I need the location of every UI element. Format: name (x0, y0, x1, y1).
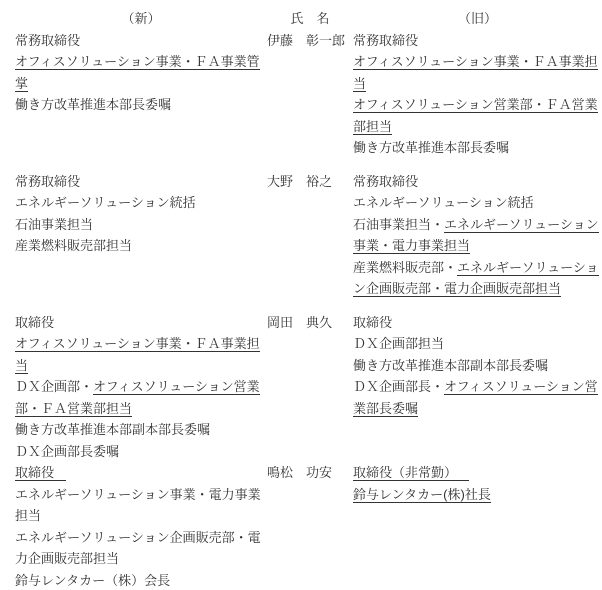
position-text: ＤＸ企画部長・ (353, 379, 444, 394)
position-line: オフィスソリューション事業・ＦＡ事業担当 (15, 333, 267, 376)
officer-name: 岡田 典久 (267, 315, 332, 330)
old-position-cell: 常務取締役オフィスソリューション事業・ＦＡ事業担当オフィスソリューション営業部・… (353, 30, 602, 159)
position-line: オフィスソリューション事業・ＦＡ事業担当 (353, 51, 602, 94)
position-text: 働き方改革推進本部長委嘱 (353, 140, 509, 155)
officer-name: 伊藤 彰一郎 (267, 33, 345, 48)
position-line: 鈴与レンタカー(株)社長 (353, 484, 602, 506)
position-line: 常務取締役 (353, 171, 602, 193)
position-line: ＤＸ企画部長委嘱 (15, 441, 267, 463)
old-position-cell: 取締役ＤＸ企画部担当働き方改革推進本部副本部長委嘱ＤＸ企画部長・オフィスソリュー… (353, 312, 602, 463)
position-text: 取締役 (15, 315, 54, 330)
position-text: 石油事業担当・ (353, 217, 444, 232)
position-text: 常務取締役 (353, 174, 418, 189)
position-line: エネルギーソリューション統括 (15, 192, 267, 214)
column-headers: （新） 氏 名 （旧） (15, 8, 600, 30)
position-text: オフィスソリューション事業・ＦＡ事業担当 (15, 336, 260, 374)
position-line: 取締役 (15, 312, 267, 334)
appointment-row: 取締役エネルギーソリューション事業・電力事業担当エネルギーソリューション企画販売… (15, 462, 600, 590)
position-text: エネルギーソリューション事業・電力事業担当 (15, 487, 261, 524)
old-position-cell: 取締役（非常勤）鈴与レンタカー(株)社長 (353, 462, 602, 590)
position-line: 取締役（非常勤） (353, 462, 602, 484)
position-text: 働き方改革推進本部長委嘱 (15, 97, 171, 112)
position-line: 働き方改革推進本部長委嘱 (353, 137, 602, 159)
position-line: エネルギーソリューション企画販売部・電力企画販売部担当 (15, 527, 267, 570)
new-position-cell: 常務取締役オフィスソリューション事業・ＦＡ事業管掌働き方改革推進本部長委嘱 (15, 30, 267, 159)
new-position-cell: 常務取締役エネルギーソリューション統括石油事業担当産業燃料販売部担当 (15, 171, 267, 300)
position-text: 石油事業担当 (15, 217, 93, 232)
position-line: 常務取締役 (15, 30, 267, 52)
position-line: 常務取締役 (353, 30, 602, 52)
position-line: 常務取締役 (15, 171, 267, 193)
officer-name: 鳴松 功安 (267, 465, 332, 480)
position-line: オフィスソリューション事業・ＦＡ事業管掌 (15, 51, 267, 94)
old-position-cell: 常務取締役エネルギーソリューション統括石油事業担当・エネルギーソリューション事業… (353, 171, 602, 300)
position-text: 産業燃料販売部・ (353, 260, 457, 275)
position-line: ＤＸ企画部・オフィスソリューション営業部・ＦＡ営業部担当 (15, 376, 267, 419)
position-text: オフィスソリューション事業・ＦＡ事業管掌 (15, 54, 260, 92)
position-text: 常務取締役 (15, 174, 80, 189)
officer-name-cell: 伊藤 彰一郎 (267, 30, 353, 159)
new-position-cell: 取締役オフィスソリューション事業・ＦＡ事業担当ＤＸ企画部・オフィスソリューション… (15, 312, 267, 463)
new-position-cell: 取締役エネルギーソリューション事業・電力事業担当エネルギーソリューション企画販売… (15, 462, 267, 590)
position-text: 産業燃料販売部担当 (15, 238, 132, 253)
appointment-row: 取締役オフィスソリューション事業・ＦＡ事業担当ＤＸ企画部・オフィスソリューション… (15, 312, 600, 463)
position-line: 産業燃料販売部担当 (15, 235, 267, 257)
position-text: 取締役 (15, 465, 66, 481)
position-text: 鈴与レンタカー（株）会長 (15, 573, 170, 588)
position-line: ＤＸ企画部担当 (353, 333, 602, 355)
position-line: 働き方改革推進本部長委嘱 (15, 94, 267, 116)
position-line: エネルギーソリューション事業・電力事業担当 (15, 484, 267, 527)
position-text: 常務取締役 (353, 33, 418, 48)
position-text: 働き方改革推進本部副本部長委嘱 (15, 422, 210, 437)
position-text: 取締役 (353, 315, 392, 330)
position-text: エネルギーソリューション企画販売部・電力企画販売部担当 (15, 530, 261, 567)
position-text: エネルギーソリューション統括 (353, 195, 534, 210)
position-text: 取締役（非常勤） (353, 465, 469, 481)
personnel-change-document: （新） 氏 名 （旧） 常務取締役オフィスソリューション事業・ＦＡ事業管掌働き方… (0, 0, 602, 590)
header-old-column: （旧） (353, 8, 602, 30)
appointment-rows: 常務取締役オフィスソリューション事業・ＦＡ事業管掌働き方改革推進本部長委嘱伊藤 … (15, 30, 600, 590)
position-line: 石油事業担当・エネルギーソリューション事業・電力事業担当 (353, 214, 602, 257)
position-text: エネルギーソリューション統括 (15, 195, 196, 210)
appointment-row: 常務取締役オフィスソリューション事業・ＦＡ事業管掌働き方改革推進本部長委嘱伊藤 … (15, 30, 600, 159)
position-line: 働き方改革推進本部副本部長委嘱 (353, 355, 602, 377)
position-text: 常務取締役 (15, 33, 80, 48)
position-line: エネルギーソリューション統括 (353, 192, 602, 214)
officer-name-cell: 鳴松 功安 (267, 462, 353, 590)
position-line: ＤＸ企画部長・オフィスソリューション営業部長委嘱 (353, 376, 602, 419)
position-line: 働き方改革推進本部副本部長委嘱 (15, 419, 267, 441)
position-text: ＤＸ企画部担当 (353, 336, 444, 351)
position-text: ＤＸ企画部長委嘱 (15, 444, 119, 459)
header-name-column: 氏 名 (267, 8, 353, 30)
position-line: 産業燃料販売部・エネルギーソリューション企画販売部・電力企画販売部担当 (353, 257, 602, 300)
appointment-row: 常務取締役エネルギーソリューション統括石油事業担当産業燃料販売部担当大野 裕之常… (15, 171, 600, 300)
position-line: 石油事業担当 (15, 214, 267, 236)
position-text: オフィスソリューション営業部・ＦＡ営業部担当 (353, 97, 598, 135)
position-line: オフィスソリューション営業部・ＦＡ営業部担当 (353, 94, 602, 137)
position-line: 取締役 (15, 462, 267, 484)
officer-name-cell: 岡田 典久 (267, 312, 353, 463)
header-new-column: （新） (15, 8, 267, 30)
position-line: 鈴与レンタカー（株）会長 (15, 570, 267, 590)
position-text: 鈴与レンタカー(株)社長 (353, 487, 491, 503)
position-text: オフィスソリューション事業・ＦＡ事業担当 (353, 54, 598, 92)
position-text: 働き方改革推進本部副本部長委嘱 (353, 358, 548, 373)
position-text: ＤＸ企画部・ (15, 379, 93, 394)
officer-name: 大野 裕之 (267, 174, 332, 189)
officer-name-cell: 大野 裕之 (267, 171, 353, 300)
position-line: 取締役 (353, 312, 602, 334)
